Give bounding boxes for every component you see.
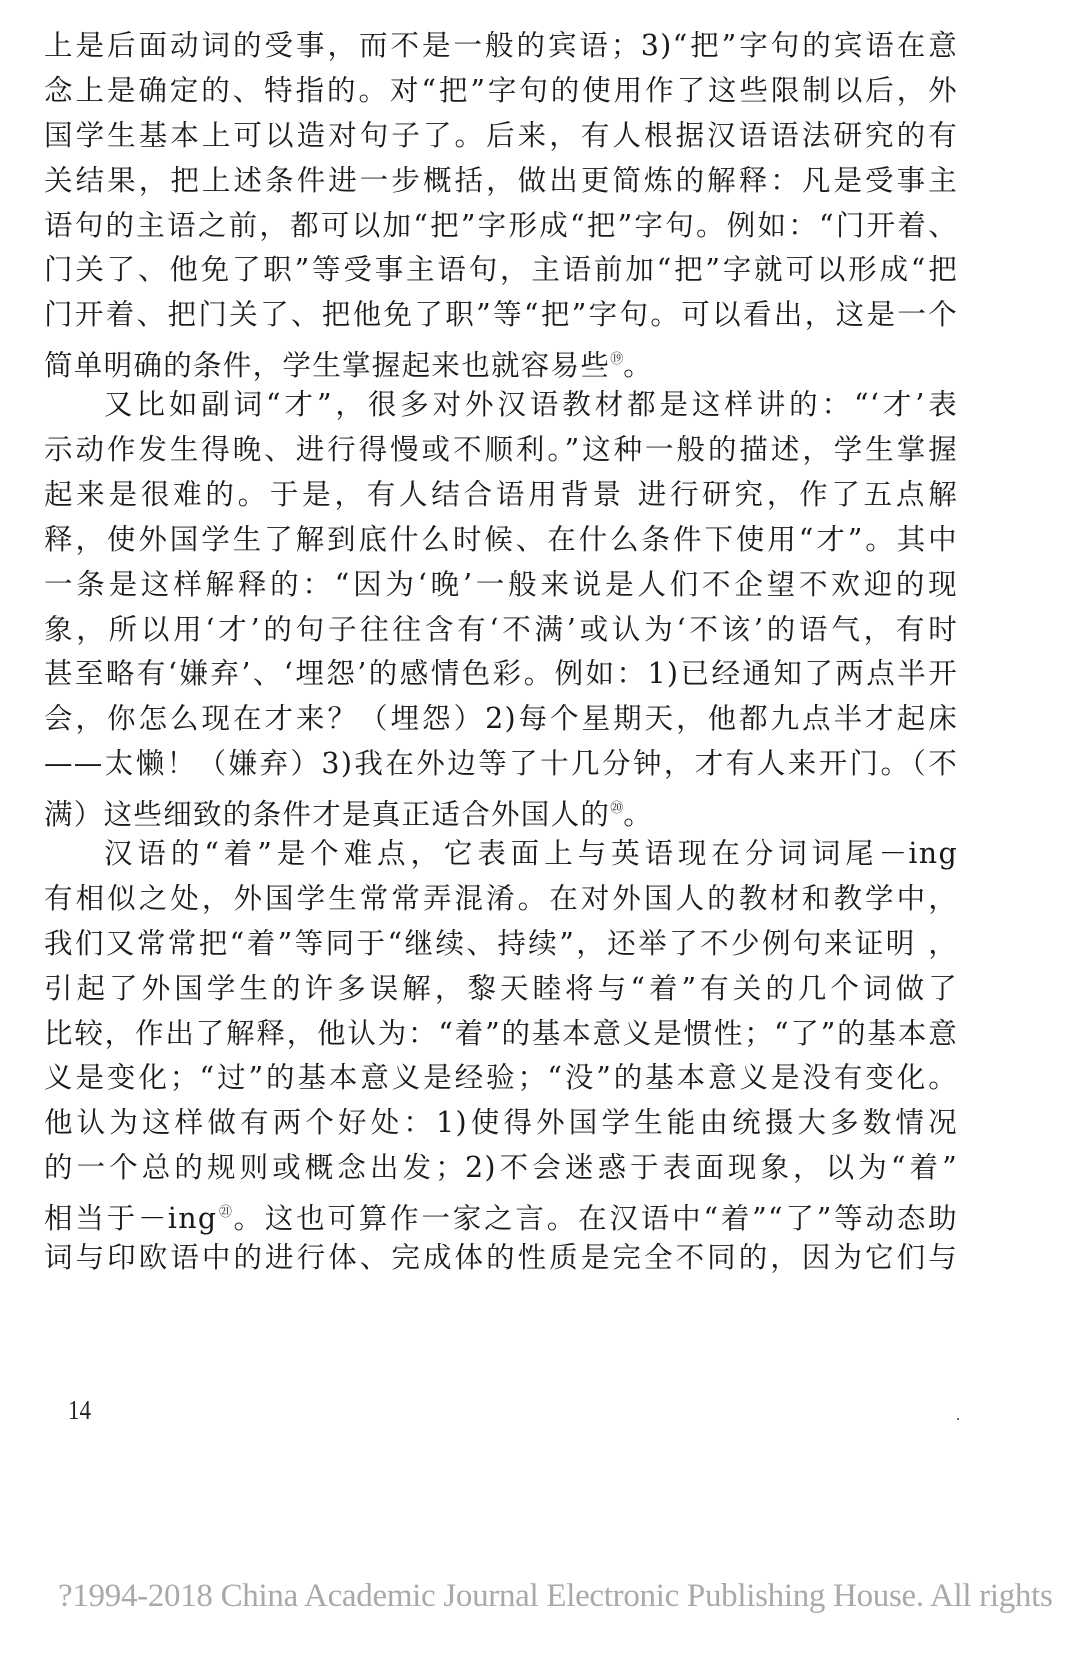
text-line-content: 国学生基本上可以造对句子了。后来，有人根据汉语语法研究的有 xyxy=(44,119,958,152)
text-line-content: 起来是很难的。于是，有人结合语用背景 进行研究，作了五点解 xyxy=(44,478,958,511)
text-line: 相当于－ing㉑。这也可算作一家之言。在汉语中“着”“了”等动态助 xyxy=(44,1191,958,1236)
text-line: 语句的主语之前，都可以加“把”字形成“把”字句。例如：“门开着、 xyxy=(44,204,958,249)
text-line: 义是变化；“过”的基本意义是经验；“没”的基本意义是没有变化。 xyxy=(44,1056,958,1101)
text-line-content: 门关了、他免了职”等受事主语句，主语前加“把”字就可以形成“把 xyxy=(44,253,958,286)
text-line: 简单明确的条件，学生掌握起来也就容易些⑲。 xyxy=(44,338,958,383)
text-line: 上是后面动词的受事，而不是一般的宾语；3)“把”字句的宾语在意 xyxy=(44,24,958,69)
text-line-content: 他认为这样做有两个好处：1)使得外国学生能由统摄大多数情况 xyxy=(44,1106,958,1139)
text-line-content: 关结果，把上述条件进一步概括，做出更简炼的解释：凡是受事主 xyxy=(44,164,958,197)
text-line-content: 门开着、把门关了、把他免了职”等“把”字句。可以看出，这是一个 xyxy=(44,298,958,331)
text-line: 我们又常常把“着”等同于“继续、持续”，还举了不少例句来证明 ， xyxy=(44,922,958,967)
text-line-content: 一条是这样解释的：“因为‘晚’一般来说是人们不企望不欢迎的现 xyxy=(44,568,958,601)
text-line: 示动作发生得晚、进行得慢或不顺利。”这种一般的描述，学生掌握 xyxy=(44,428,958,473)
text-line: 的一个总的规则或概念出发；2)不会迷惑于表面现象，以为“着” xyxy=(44,1146,958,1191)
text-line-content: 比较，作出了解释，他认为：“着”的基本意义是惯性；“了”的基本意 xyxy=(44,1017,958,1050)
page-number: 14 xyxy=(68,1395,91,1426)
text-line: 门开着、把门关了、把他免了职”等“把”字句。可以看出，这是一个 xyxy=(44,293,958,338)
text-line-content: ——太懒！（嫌弃）3)我在外边等了十几分钟，才有人来开门。（不 xyxy=(44,747,958,780)
text-line: 引起了外国学生的许多误解，黎天睦将与“着”有关的几个词做了 xyxy=(44,967,958,1012)
scan-artifact-dot xyxy=(957,1418,959,1420)
text-line-content: 示动作发生得晚、进行得慢或不顺利。”这种一般的描述，学生掌握 xyxy=(44,433,958,466)
text-line: 念上是确定的、特指的。对“把”字句的使用作了这些限制以后，外 xyxy=(44,69,958,114)
text-line-content: 词与印欧语中的进行体、完成体的性质是完全不同的，因为它们与 xyxy=(44,1241,958,1274)
text-line-content: 会，你怎么现在才来？（埋怨）2)每个星期天，他都九点半才起床 xyxy=(44,702,958,735)
text-line: 又比如副词“才”，很多对外汉语教材都是这样讲的：“‘才’表 xyxy=(44,383,958,428)
text-line-content: 满）这些细致的条件才是真正适合外国人的 xyxy=(44,798,610,831)
text-line-tail: 。 xyxy=(623,798,653,831)
text-line: 有相似之处，外国学生常常弄混淆。在对外国人的教材和教学中， xyxy=(44,877,958,922)
text-line-tail: 。这也可算作一家之言。在汉语中“着”“了”等动态助 xyxy=(233,1202,958,1235)
text-line-content: 简单明确的条件，学生掌握起来也就容易些 xyxy=(44,349,610,382)
text-line-content: 甚至略有‘嫌弃’、‘埋怨’的感情色彩。例如：1)已经通知了两点半开 xyxy=(44,657,958,690)
text-line: 象，所以用‘才’的句子往往含有‘不满’或认为‘不该’的语气，有时 xyxy=(44,608,958,653)
text-line: 词与印欧语中的进行体、完成体的性质是完全不同的，因为它们与 xyxy=(44,1236,958,1281)
text-line-content: 汉语的“着”是个难点，它表面上与英语现在分词词尾－ing xyxy=(104,837,958,870)
text-line: 满）这些细致的条件才是真正适合外国人的⑳。 xyxy=(44,787,958,832)
text-line-content: 义是变化；“过”的基本意义是经验；“没”的基本意义是没有变化。 xyxy=(44,1061,958,1094)
text-line-content: 语句的主语之前，都可以加“把”字形成“把”字句。例如：“门开着、 xyxy=(44,209,958,242)
footnote-marker: ㉑ xyxy=(217,1205,233,1220)
text-line: 他认为这样做有两个好处：1)使得外国学生能由统摄大多数情况 xyxy=(44,1101,958,1146)
text-line: 释，使外国学生了解到底什么时候、在什么条件下使用“才”。其中 xyxy=(44,518,958,563)
text-line-content: 象，所以用‘才’的句子往往含有‘不满’或认为‘不该’的语气，有时 xyxy=(44,613,958,646)
text-line: 国学生基本上可以造对句子了。后来，有人根据汉语语法研究的有 xyxy=(44,114,958,159)
footnote-marker: ⑲ xyxy=(610,352,623,367)
text-line-content: 上是后面动词的受事，而不是一般的宾语；3)“把”字句的宾语在意 xyxy=(44,29,958,62)
text-line-tail: 。 xyxy=(623,349,653,382)
text-line: ——太懒！（嫌弃）3)我在外边等了十几分钟，才有人来开门。（不 xyxy=(44,742,958,787)
text-line-content: 念上是确定的、特指的。对“把”字句的使用作了这些限制以后，外 xyxy=(44,74,958,107)
footnote-marker: ⑳ xyxy=(610,801,623,816)
text-line-content: 引起了外国学生的许多误解，黎天睦将与“着”有关的几个词做了 xyxy=(44,972,958,1005)
body-text: 上是后面动词的受事，而不是一般的宾语；3)“把”字句的宾语在意念上是确定的、特指… xyxy=(44,24,964,1281)
text-line-content: 相当于－ing xyxy=(44,1202,217,1235)
text-line: 比较，作出了解释，他认为：“着”的基本意义是惯性；“了”的基本意 xyxy=(44,1012,958,1057)
text-line: 汉语的“着”是个难点，它表面上与英语现在分词词尾－ing xyxy=(44,832,958,877)
text-line-content: 的一个总的规则或概念出发；2)不会迷惑于表面现象，以为“着” xyxy=(44,1151,958,1184)
text-line: 起来是很难的。于是，有人结合语用背景 进行研究，作了五点解 xyxy=(44,473,958,518)
text-line: 甚至略有‘嫌弃’、‘埋怨’的感情色彩。例如：1)已经通知了两点半开 xyxy=(44,652,958,697)
copyright-footer: ?1994-2018 China Academic Journal Electr… xyxy=(58,1578,1053,1615)
text-line-content: 有相似之处，外国学生常常弄混淆。在对外国人的教材和教学中， xyxy=(44,882,958,915)
text-line: 会，你怎么现在才来？（埋怨）2)每个星期天，他都九点半才起床 xyxy=(44,697,958,742)
text-line-content: 又比如副词“才”，很多对外汉语教材都是这样讲的：“‘才’表 xyxy=(104,388,958,421)
text-line: 一条是这样解释的：“因为‘晚’一般来说是人们不企望不欢迎的现 xyxy=(44,563,958,608)
text-line-content: 释，使外国学生了解到底什么时候、在什么条件下使用“才”。其中 xyxy=(44,523,958,556)
text-line: 门关了、他免了职”等受事主语句，主语前加“把”字就可以形成“把 xyxy=(44,248,958,293)
text-line: 关结果，把上述条件进一步概括，做出更简炼的解释：凡是受事主 xyxy=(44,159,958,204)
text-line-content: 我们又常常把“着”等同于“继续、持续”，还举了不少例句来证明 ， xyxy=(44,927,958,960)
